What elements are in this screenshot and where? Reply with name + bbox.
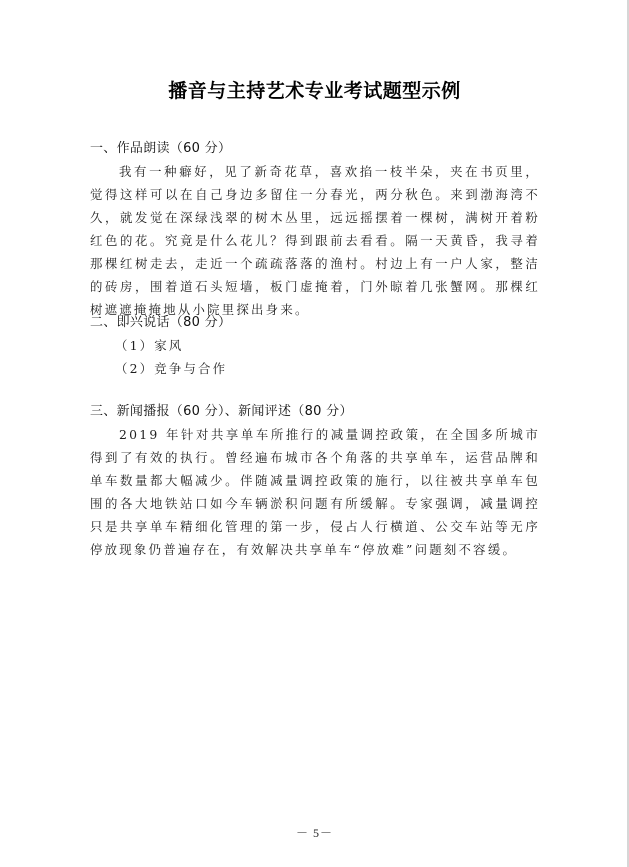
topic-item: （2）竞争与合作 bbox=[90, 357, 540, 380]
section-heading: 二、即兴说话（80 分） bbox=[90, 311, 540, 334]
reading-passage: 我有一种癖好，见了新奇花草，喜欢掐一枝半朵，夹在书页里，觉得这样可以在自己身边多… bbox=[90, 160, 540, 321]
section-impromptu-speech: 二、即兴说话（80 分） （1）家风 （2）竞争与合作 bbox=[90, 311, 540, 380]
section-news: 三、新闻播报（60 分）、新闻评述（80 分） 2019 年针对共享单车所推行的… bbox=[90, 400, 540, 561]
section-reading: 一、作品朗读（60 分） 我有一种癖好，见了新奇花草，喜欢掐一枝半朵，夹在书页里… bbox=[90, 137, 540, 321]
page-title: 播音与主持艺术专业考试题型示例 bbox=[0, 76, 629, 103]
section-heading: 三、新闻播报（60 分）、新闻评述（80 分） bbox=[90, 400, 540, 423]
topic-item: （1）家风 bbox=[90, 334, 540, 357]
news-passage: 2019 年针对共享单车所推行的减量调控政策，在全国多所城市得到了有效的执行。曾… bbox=[90, 423, 540, 561]
page-number: － 5－ bbox=[0, 824, 629, 841]
section-heading: 一、作品朗读（60 分） bbox=[90, 137, 540, 160]
